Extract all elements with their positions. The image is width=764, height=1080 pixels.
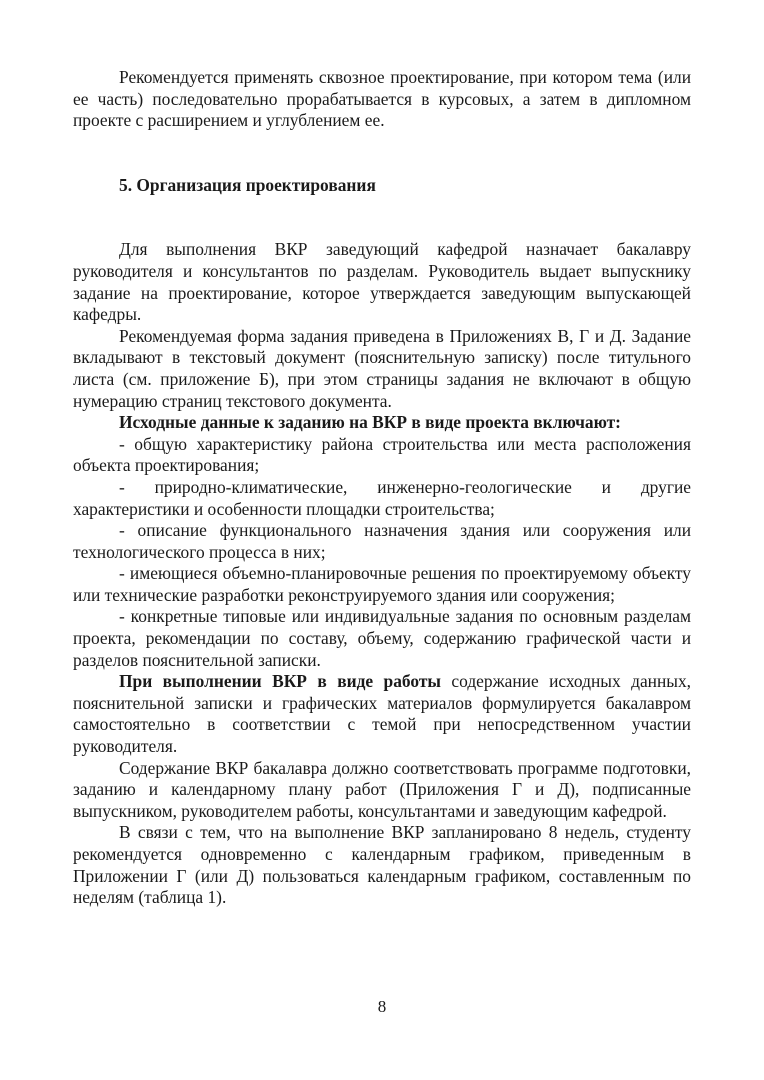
paragraph-content: Содержание ВКР бакалавра должно соответс… [73, 758, 691, 823]
work-paragraph: При выполнении ВКР в виде работы содержа… [73, 671, 691, 757]
paragraph-assignment: Для выполнения ВКР заведующий кафедрой н… [73, 239, 691, 325]
spacer [73, 196, 691, 239]
paragraph-form: Рекомендуемая форма задания приведена в … [73, 326, 691, 412]
list-item: - имеющиеся объемно-планировочные решени… [73, 563, 691, 606]
list-item: - конкретные типовые или индивидуальные … [73, 606, 691, 671]
document-page: Рекомендуется применять сквозное проекти… [73, 67, 691, 909]
page-number: 8 [0, 997, 764, 1017]
initial-data-heading: Исходные данные к заданию на ВКР в виде … [73, 412, 691, 434]
list-item: - описание функционального назначения зд… [73, 520, 691, 563]
spacer [73, 132, 691, 175]
paragraph-schedule: В связи с тем, что на выполнение ВКР зап… [73, 822, 691, 908]
list-item: - природно-климатические, инженерно-геол… [73, 477, 691, 520]
work-paragraph-lead: При выполнении ВКР в виде работы [119, 671, 441, 691]
intro-paragraph: Рекомендуется применять сквозное проекти… [73, 67, 691, 132]
section-heading: 5. Организация проектирования [73, 175, 691, 197]
list-item: - общую характеристику района строительс… [73, 434, 691, 477]
